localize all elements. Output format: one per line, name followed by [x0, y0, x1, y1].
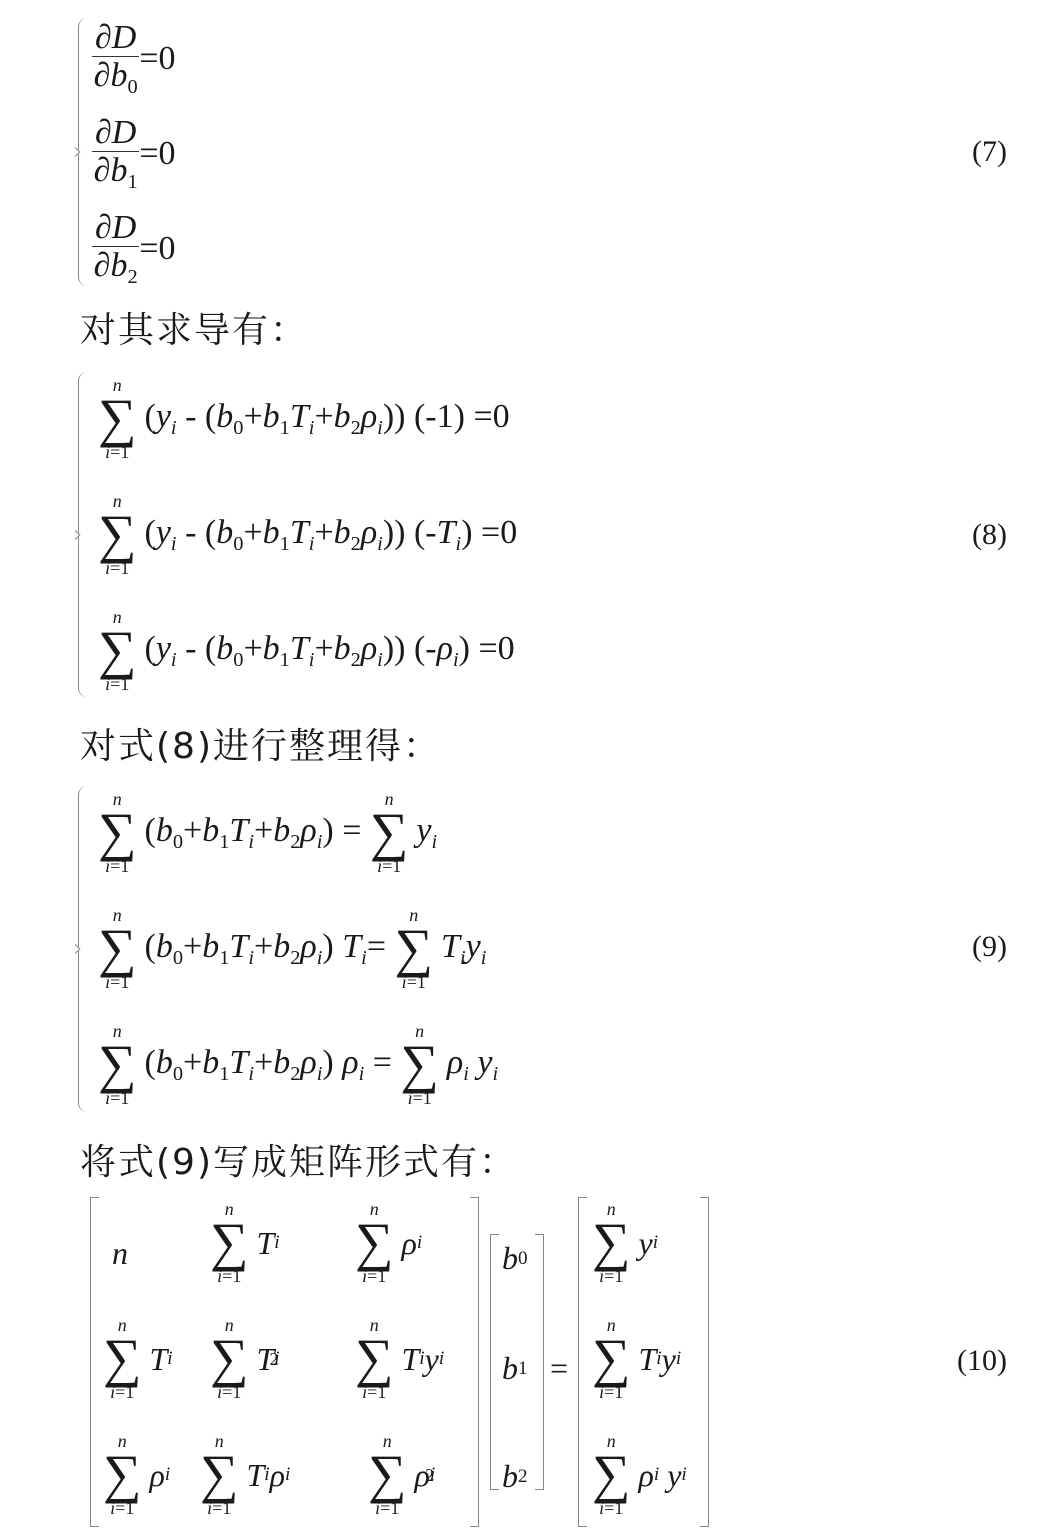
eq9-row-2: n∑i=1 (b0+b1Ti+b2ρi) Ti= n∑i=1 Tiyi	[98, 906, 486, 992]
matrix-cell-2-3: n∑i=1Tiyi	[355, 1316, 444, 1402]
vector-left-bracket	[490, 1234, 499, 1490]
matrix-cell-3-2: n∑i=1Tiρi	[200, 1432, 290, 1518]
vector-right-bracket	[535, 1234, 544, 1490]
eq8-row-3: n∑i=1 (yi - (b0+b1Ti+b2ρi)) (-ρi) =0	[98, 608, 515, 694]
rhs-left-bracket	[578, 1197, 587, 1527]
eq9-row-3: n∑i=1 (b0+b1Ti+b2ρi) ρi = n∑i=1 ρi yi	[98, 1022, 498, 1108]
equation-number-9: (9)	[972, 930, 1007, 964]
rhs-cell-3: n∑i=1ρi yi	[592, 1432, 687, 1518]
matrix-cell-1-1: n	[112, 1235, 128, 1272]
vector-b1: b1	[502, 1350, 528, 1387]
left-brace-eq7	[78, 18, 87, 286]
matrix-cell-3-1: n∑i=1ρi	[103, 1432, 170, 1518]
matrix-right-bracket	[470, 1197, 479, 1527]
rhs-cell-2: n∑i=1Tiyi	[592, 1316, 681, 1402]
equation-number-7: (7)	[972, 135, 1007, 169]
matrix-cell-1-2: n∑i=1Ti	[210, 1200, 280, 1286]
matrix-cell-2-2: n∑i=1Ti2	[210, 1316, 278, 1402]
matrix-cell-2-1: n∑i=1Ti	[103, 1316, 173, 1402]
paragraph-rearrange: 对式(8)进行整理得：	[80, 718, 441, 769]
eq7-row-3: ∂D∂b2 =0	[92, 210, 176, 288]
equation-number-8: (8)	[972, 518, 1007, 552]
rhs-cell-1: n∑i=1yi	[592, 1200, 658, 1286]
left-brace-eq9	[78, 786, 87, 1112]
rhs-right-bracket	[700, 1197, 709, 1527]
matrix-cell-3-3: n∑i=1ρi2	[368, 1432, 434, 1518]
eq9-row-1: n∑i=1 (b0+b1Ti+b2ρi) = n∑i=1 yi	[98, 790, 437, 876]
equals-sign: =	[550, 1350, 568, 1387]
eq8-row-2: n∑i=1 (yi - (b0+b1Ti+b2ρi)) (-Ti) =0	[98, 492, 517, 578]
equation-number-10: (10)	[957, 1344, 1007, 1378]
matrix-left-bracket	[90, 1197, 99, 1527]
paragraph-derivative: 对其求导有：	[80, 302, 308, 353]
vector-b0: b0	[502, 1240, 528, 1277]
eq8-row-1: n∑i=1 (yi - (b0+b1Ti+b2ρi)) (-1) =0	[98, 376, 510, 462]
paragraph-matrix-form: 将式(9)写成矩阵形式有：	[80, 1134, 517, 1185]
eq7-row-1: ∂D∂b0 =0	[92, 20, 176, 98]
matrix-cell-1-3: n∑i=1ρi	[355, 1200, 422, 1286]
eq7-row-2: ∂D∂b1 =0	[92, 115, 176, 193]
vector-b2: b2	[502, 1458, 528, 1495]
left-brace-eq8	[78, 372, 87, 697]
